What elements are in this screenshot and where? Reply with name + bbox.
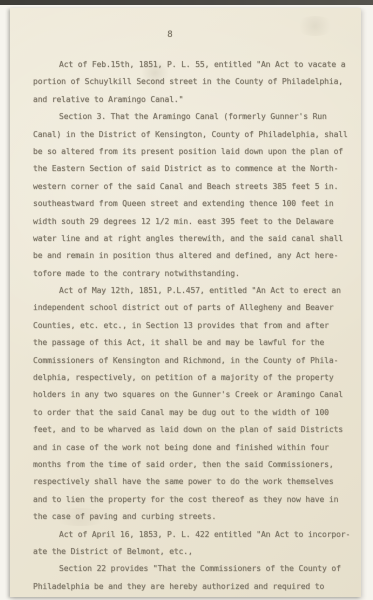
text-line: water line and at right angles therewith…: [33, 230, 349, 247]
text-line: Section 3. That the Aramingo Canal (form…: [33, 108, 349, 125]
paragraph: Act of April 16, 1853, P. L. 422 entitle…: [33, 526, 349, 561]
text-line: Commissioners of Kensington and Richmond…: [33, 352, 349, 369]
paragraph: Act of May 12th, 1851, P.L.457, entitled…: [33, 282, 349, 525]
text-line: be so altered from its present position …: [33, 143, 349, 160]
text-line: Counties, etc. etc., in Section 13 provi…: [33, 317, 349, 334]
paragraph: Section 3. That the Aramingo Canal (form…: [33, 108, 349, 282]
text-line: the passage of this Act, it shall be and…: [33, 334, 349, 351]
paragraph: Section 22 provides "That the Commission…: [33, 560, 349, 595]
text-line: portion of Schuylkill Second street in t…: [33, 73, 349, 90]
text-line: southeastward from Queen street and exte…: [33, 195, 349, 212]
text-line: to order that the said Canal may be dug …: [33, 404, 349, 421]
text-line: Act of May 12th, 1851, P.L.457, entitled…: [33, 282, 349, 299]
text-line: Philadelphia be and they are hereby auth…: [33, 578, 349, 595]
paragraph: Act of Feb.15th, 1851, P. L. 55, entitle…: [33, 56, 349, 108]
text-line: and to lien the property for the cost th…: [33, 491, 349, 508]
text-line: ate the District of Belmont, etc.,: [33, 543, 349, 560]
text-block: Act of Feb.15th, 1851, P. L. 55, entitle…: [33, 56, 349, 595]
page-number: 8: [20, 30, 320, 40]
text-line: independent school district out of parts…: [33, 299, 349, 316]
document-page: 8 Act of Feb.15th, 1851, P. L. 55, entit…: [10, 8, 361, 597]
text-line: feet, and to be wharved as laid down on …: [33, 421, 349, 438]
text-line: width south 29 degrees 12 1/2 min. east …: [33, 213, 349, 230]
text-line: holders in any two squares on the Gunner…: [33, 386, 349, 403]
text-line: Act of Feb.15th, 1851, P. L. 55, entitle…: [33, 56, 349, 73]
text-line: Canal) in the District of Kensington, Co…: [33, 126, 349, 143]
scanned-document-image: 8 Act of Feb.15th, 1851, P. L. 55, entit…: [0, 0, 373, 600]
text-line: the Eastern Section of said District as …: [33, 160, 349, 177]
text-line: respectively shall have the same power t…: [33, 473, 349, 490]
text-line: months from the time of said order, then…: [33, 456, 349, 473]
scanner-edge-shadow: [0, 0, 373, 5]
text-line: Section 22 provides "That the Commission…: [33, 560, 349, 577]
text-line: the case of paving and curbing streets.: [33, 508, 349, 525]
text-line: Act of April 16, 1853, P. L. 422 entitle…: [33, 526, 349, 543]
text-line: western corner of the said Canal and Bea…: [33, 178, 349, 195]
text-line: tofore made to the contrary notwithstand…: [33, 265, 349, 282]
text-line: be and remain in position thus altered a…: [33, 247, 349, 264]
text-line: and in case of the work not being done a…: [33, 439, 349, 456]
text-line: and relative to Aramingo Canal.": [33, 91, 349, 108]
text-line: delphia, respectively, on petition of a …: [33, 369, 349, 386]
